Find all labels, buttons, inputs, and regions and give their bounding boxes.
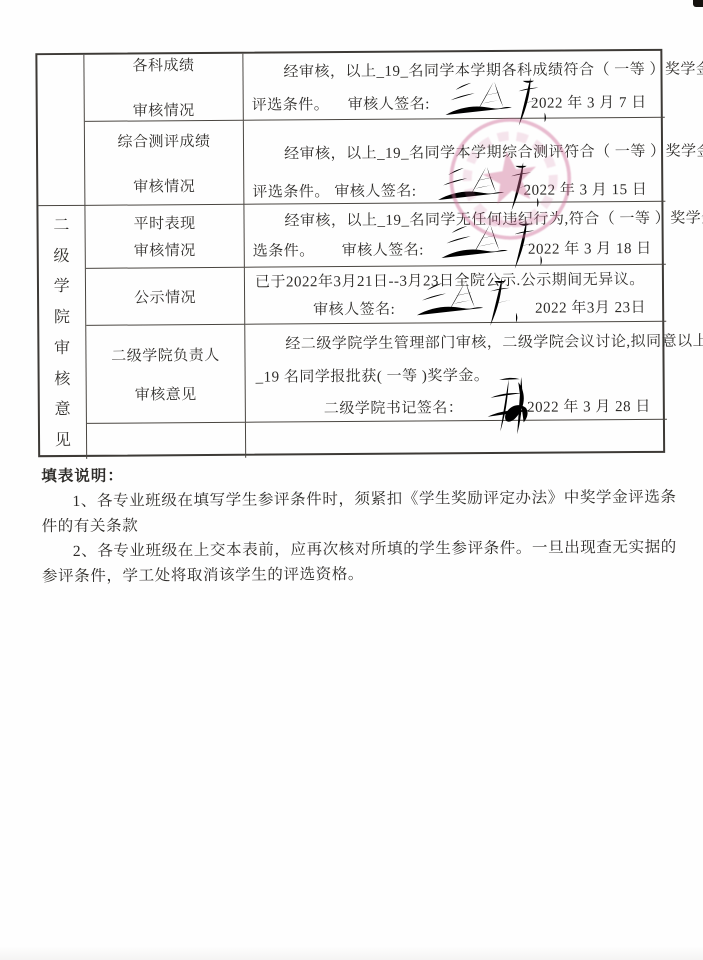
side-char: 意 xyxy=(55,402,72,418)
label-line: 审核意见 xyxy=(135,383,197,404)
label-line: 平时表现 xyxy=(133,212,195,233)
side-char: 核 xyxy=(54,371,71,387)
form-notes: 填表说明： 1、各专业班级在填写学生参评条件时，须紧扣《学生奖励评定办法》中奖学… xyxy=(41,460,692,590)
body-text: 经审核，以上_19_名同学本学期综合测评符合（ 一等 ）奖学金 xyxy=(244,140,665,164)
body-text: 经审核，以上_19_名同学本学期各科成绩符合（ 一等 ）奖学金 xyxy=(243,58,664,82)
notes-item-1: 1、各专业班级在填写学生参评条件时，须紧扣《学生奖励评定办法》中奖学金评选条件的… xyxy=(41,485,691,540)
label-line: 公示情况 xyxy=(134,286,196,307)
side-column-secondary-college-review: 二 级 学 院 审 核 意 见 xyxy=(38,206,87,459)
sign-label: 审核人签名: xyxy=(348,92,430,114)
sign-label: 审核人签名: xyxy=(334,180,416,202)
body-text: 已于2022年3月21日--3月23日全院公示.公示期间无异议。 xyxy=(245,268,666,292)
notes-item-2: 2、各专业班级在上交本表前，应再次核对所填的学生参评条件。一旦出现查无实据的参评… xyxy=(42,535,692,590)
side-char: 二 xyxy=(53,218,70,234)
body-text: 经审核，以上_19_名同学无任何违纪行为,符合（ 一等 ）奖学金评 xyxy=(244,207,665,231)
scanned-page: 二 级 学 院 审 核 意 见 各科成绩 审核情况 经审核，以上_19_名同学本… xyxy=(0,0,703,960)
body-text: 评选条件。 xyxy=(252,180,330,202)
body-text: 经二级学院学生管理部门审核，二级学院会议讨论,拟同意以上 xyxy=(245,330,666,354)
content-publicity: 已于2022年3月21日--3月23日全院公示.公示期间无异议。 审核人签名: … xyxy=(245,265,666,325)
date-value: 2022 年 3 月 7 日 xyxy=(531,91,647,113)
review-form-table: 二 级 学 院 审 核 意 见 各科成绩 审核情况 经审核，以上_19_名同学本… xyxy=(35,49,665,457)
empty-label-cell xyxy=(87,423,246,459)
label-line: 审核情况 xyxy=(133,175,195,196)
side-char: 院 xyxy=(54,310,71,326)
date-value: 2022 年 3 月 28 日 xyxy=(527,395,651,417)
side-char: 学 xyxy=(54,279,71,295)
sign-label: 审核人签名: xyxy=(313,298,395,320)
label-publicity: 公示情况 xyxy=(86,268,245,326)
content-college-head-opinion: 经二级学院学生管理部门审核，二级学院会议讨论,拟同意以上 _19 名同学报批获(… xyxy=(245,322,667,423)
label-line: 二级学院负责人 xyxy=(111,343,220,365)
empty-content-cell xyxy=(246,420,667,458)
side-char: 审 xyxy=(54,341,71,357)
date-value: 2022 年 3 月 18 日 xyxy=(528,237,652,259)
side-column-empty-cell xyxy=(37,55,85,206)
label-college-head-opinion: 二级学院负责人 审核意见 xyxy=(86,325,246,424)
scan-bottom-smudge xyxy=(0,946,703,960)
scan-corner-artifact xyxy=(693,0,703,7)
label-daily-behavior: 平时表现 审核情况 xyxy=(85,205,244,269)
sign-label: 二级学院书记签名： xyxy=(324,396,464,418)
label-line: 综合测评成绩 xyxy=(117,129,210,151)
label-line: 各科成绩 xyxy=(132,54,194,75)
sign-label: 审核人签名: xyxy=(342,238,424,260)
content-subject-scores: 经审核，以上_19_名同学本学期各科成绩符合（ 一等 ）奖学金 评选条件。 审核… xyxy=(243,51,664,121)
side-char: 见 xyxy=(55,433,72,449)
side-char: 级 xyxy=(53,249,70,265)
date-value: 2022 年3月 23日 xyxy=(535,296,646,318)
date-value: 2022 年 3 月 15 日 xyxy=(523,178,647,200)
label-comprehensive-eval: 综合测评成绩 审核情况 xyxy=(85,121,245,206)
body-text: 选条件。 xyxy=(253,239,315,260)
body-text: _19 名同学报批获( 一等 )奖学金。 xyxy=(246,363,667,387)
content-comprehensive-eval: 经审核，以上_19_名同学本学期综合测评符合（ 一等 ）奖学金 评选条件。 审核… xyxy=(244,118,666,205)
content-daily-behavior: 经审核，以上_19_名同学无任何违纪行为,符合（ 一等 ）奖学金评 选条件。 审… xyxy=(244,202,665,268)
label-subject-scores: 各科成绩 审核情况 xyxy=(84,54,243,122)
label-line: 审核情况 xyxy=(134,239,196,260)
label-line: 审核情况 xyxy=(133,99,195,120)
body-text: 评选条件。 xyxy=(252,93,330,115)
